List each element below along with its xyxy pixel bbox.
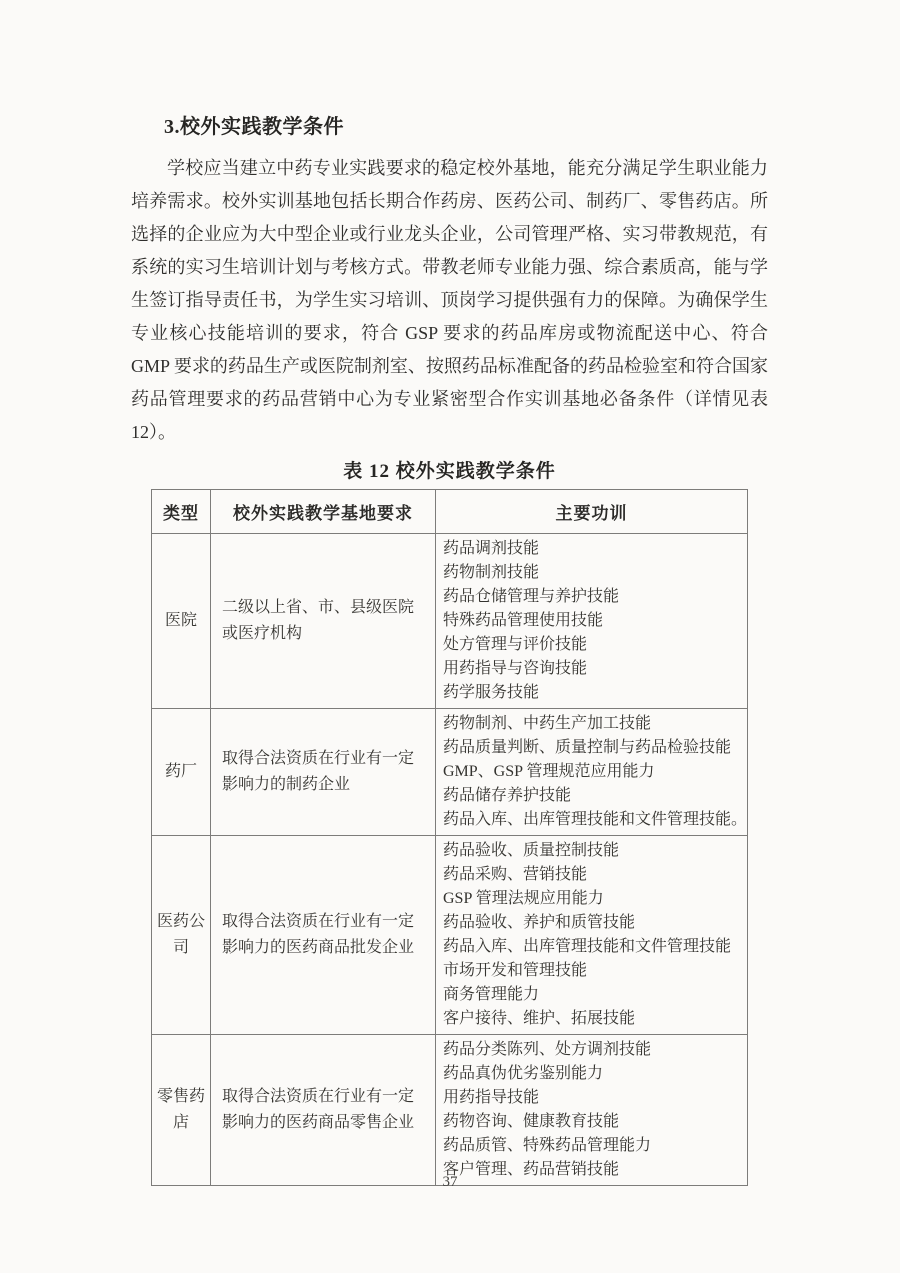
table-row: 零售药店取得合法资质在行业有一定影响力的医药商品零售企业药品分类陈列、处方调剂技… bbox=[152, 1035, 748, 1186]
skills-cell: 药品分类陈列、处方调剂技能药品真伪优劣鉴别能力用药指导技能药物咨询、健康教育技能… bbox=[436, 1035, 748, 1186]
requirement-cell: 取得合法资质在行业有一定影响力的制药企业 bbox=[211, 709, 436, 836]
requirement-cell: 二级以上省、市、县级医院或医疗机构 bbox=[211, 534, 436, 709]
skill-line: 药物制剂技能 bbox=[443, 561, 745, 585]
type-cell: 医院 bbox=[152, 534, 211, 709]
table-header-row: 类型 校外实践教学基地要求 主要功训 bbox=[152, 490, 748, 534]
skill-line: 药品分类陈列、处方调剂技能 bbox=[443, 1038, 745, 1062]
skill-line: 药品真伪优劣鉴别能力 bbox=[443, 1062, 745, 1086]
header-type: 类型 bbox=[152, 490, 211, 534]
requirement-cell: 取得合法资质在行业有一定影响力的医药商品批发企业 bbox=[211, 836, 436, 1035]
document-page: 3.校外实践教学条件 学校应当建立中药专业实践要求的稳定校外基地，能充分满足学生… bbox=[131, 0, 768, 1186]
type-cell: 零售药店 bbox=[152, 1035, 211, 1186]
skill-line: 药品储存养护技能 bbox=[443, 784, 745, 808]
skill-line: 用药指导技能 bbox=[443, 1086, 745, 1110]
table-body: 医院二级以上省、市、县级医院或医疗机构药品调剂技能药物制剂技能药品仓储管理与养护… bbox=[152, 534, 748, 1186]
skill-line: 药品质量判断、质量控制与药品检验技能 bbox=[443, 736, 745, 760]
table-title: 表 12 校外实践教学条件 bbox=[131, 456, 768, 483]
skill-line: 药品采购、营销技能 bbox=[443, 863, 745, 887]
table-row: 医药公司取得合法资质在行业有一定影响力的医药商品批发企业药品验收、质量控制技能药… bbox=[152, 836, 748, 1035]
header-main-training: 主要功训 bbox=[436, 490, 748, 534]
skill-line: GMP、GSP 管理规范应用能力 bbox=[443, 760, 745, 784]
skill-line: 药物咨询、健康教育技能 bbox=[443, 1110, 745, 1134]
requirement-cell: 取得合法资质在行业有一定影响力的医药商品零售企业 bbox=[211, 1035, 436, 1186]
skill-line: 药品仓储管理与养护技能 bbox=[443, 585, 745, 609]
skill-line: 药学服务技能 bbox=[443, 681, 745, 705]
header-base-requirement: 校外实践教学基地要求 bbox=[211, 490, 436, 534]
skill-line: 药品调剂技能 bbox=[443, 537, 745, 561]
type-cell: 医药公司 bbox=[152, 836, 211, 1035]
skill-line: 商务管理能力 bbox=[443, 983, 745, 1007]
type-cell: 药厂 bbox=[152, 709, 211, 836]
skill-line: 处方管理与评价技能 bbox=[443, 633, 745, 657]
skills-cell: 药品调剂技能药物制剂技能药品仓储管理与养护技能特殊药品管理使用技能处方管理与评价… bbox=[436, 534, 748, 709]
page-number: 37 bbox=[0, 1174, 900, 1191]
skill-line: 药品入库、出库管理技能和文件管理技能。 bbox=[443, 808, 745, 832]
skill-line: 药品验收、质量控制技能 bbox=[443, 839, 745, 863]
skill-line: 药品验收、养护和质管技能 bbox=[443, 911, 745, 935]
body-paragraph: 学校应当建立中药专业实践要求的稳定校外基地，能充分满足学生职业能力培养需求。校外… bbox=[131, 152, 768, 449]
practice-conditions-table: 类型 校外实践教学基地要求 主要功训 医院二级以上省、市、县级医院或医疗机构药品… bbox=[151, 489, 748, 1186]
skill-line: 客户接待、维护、拓展技能 bbox=[443, 1007, 745, 1031]
table-row: 医院二级以上省、市、县级医院或医疗机构药品调剂技能药物制剂技能药品仓储管理与养护… bbox=[152, 534, 748, 709]
skill-line: 市场开发和管理技能 bbox=[443, 959, 745, 983]
skills-cell: 药物制剂、中药生产加工技能药品质量判断、质量控制与药品检验技能GMP、GSP 管… bbox=[436, 709, 748, 836]
skill-line: 用药指导与咨询技能 bbox=[443, 657, 745, 681]
section-heading: 3.校外实践教学条件 bbox=[131, 0, 768, 139]
skill-line: 药物制剂、中药生产加工技能 bbox=[443, 712, 745, 736]
skills-cell: 药品验收、质量控制技能药品采购、营销技能GSP 管理法规应用能力药品验收、养护和… bbox=[436, 836, 748, 1035]
skill-line: GSP 管理法规应用能力 bbox=[443, 887, 745, 911]
table-row: 药厂取得合法资质在行业有一定影响力的制药企业药物制剂、中药生产加工技能药品质量判… bbox=[152, 709, 748, 836]
skill-line: 药品入库、出库管理技能和文件管理技能 bbox=[443, 935, 745, 959]
skill-line: 药品质管、特殊药品管理能力 bbox=[443, 1134, 745, 1158]
table-header: 类型 校外实践教学基地要求 主要功训 bbox=[152, 490, 748, 534]
skill-line: 特殊药品管理使用技能 bbox=[443, 609, 745, 633]
